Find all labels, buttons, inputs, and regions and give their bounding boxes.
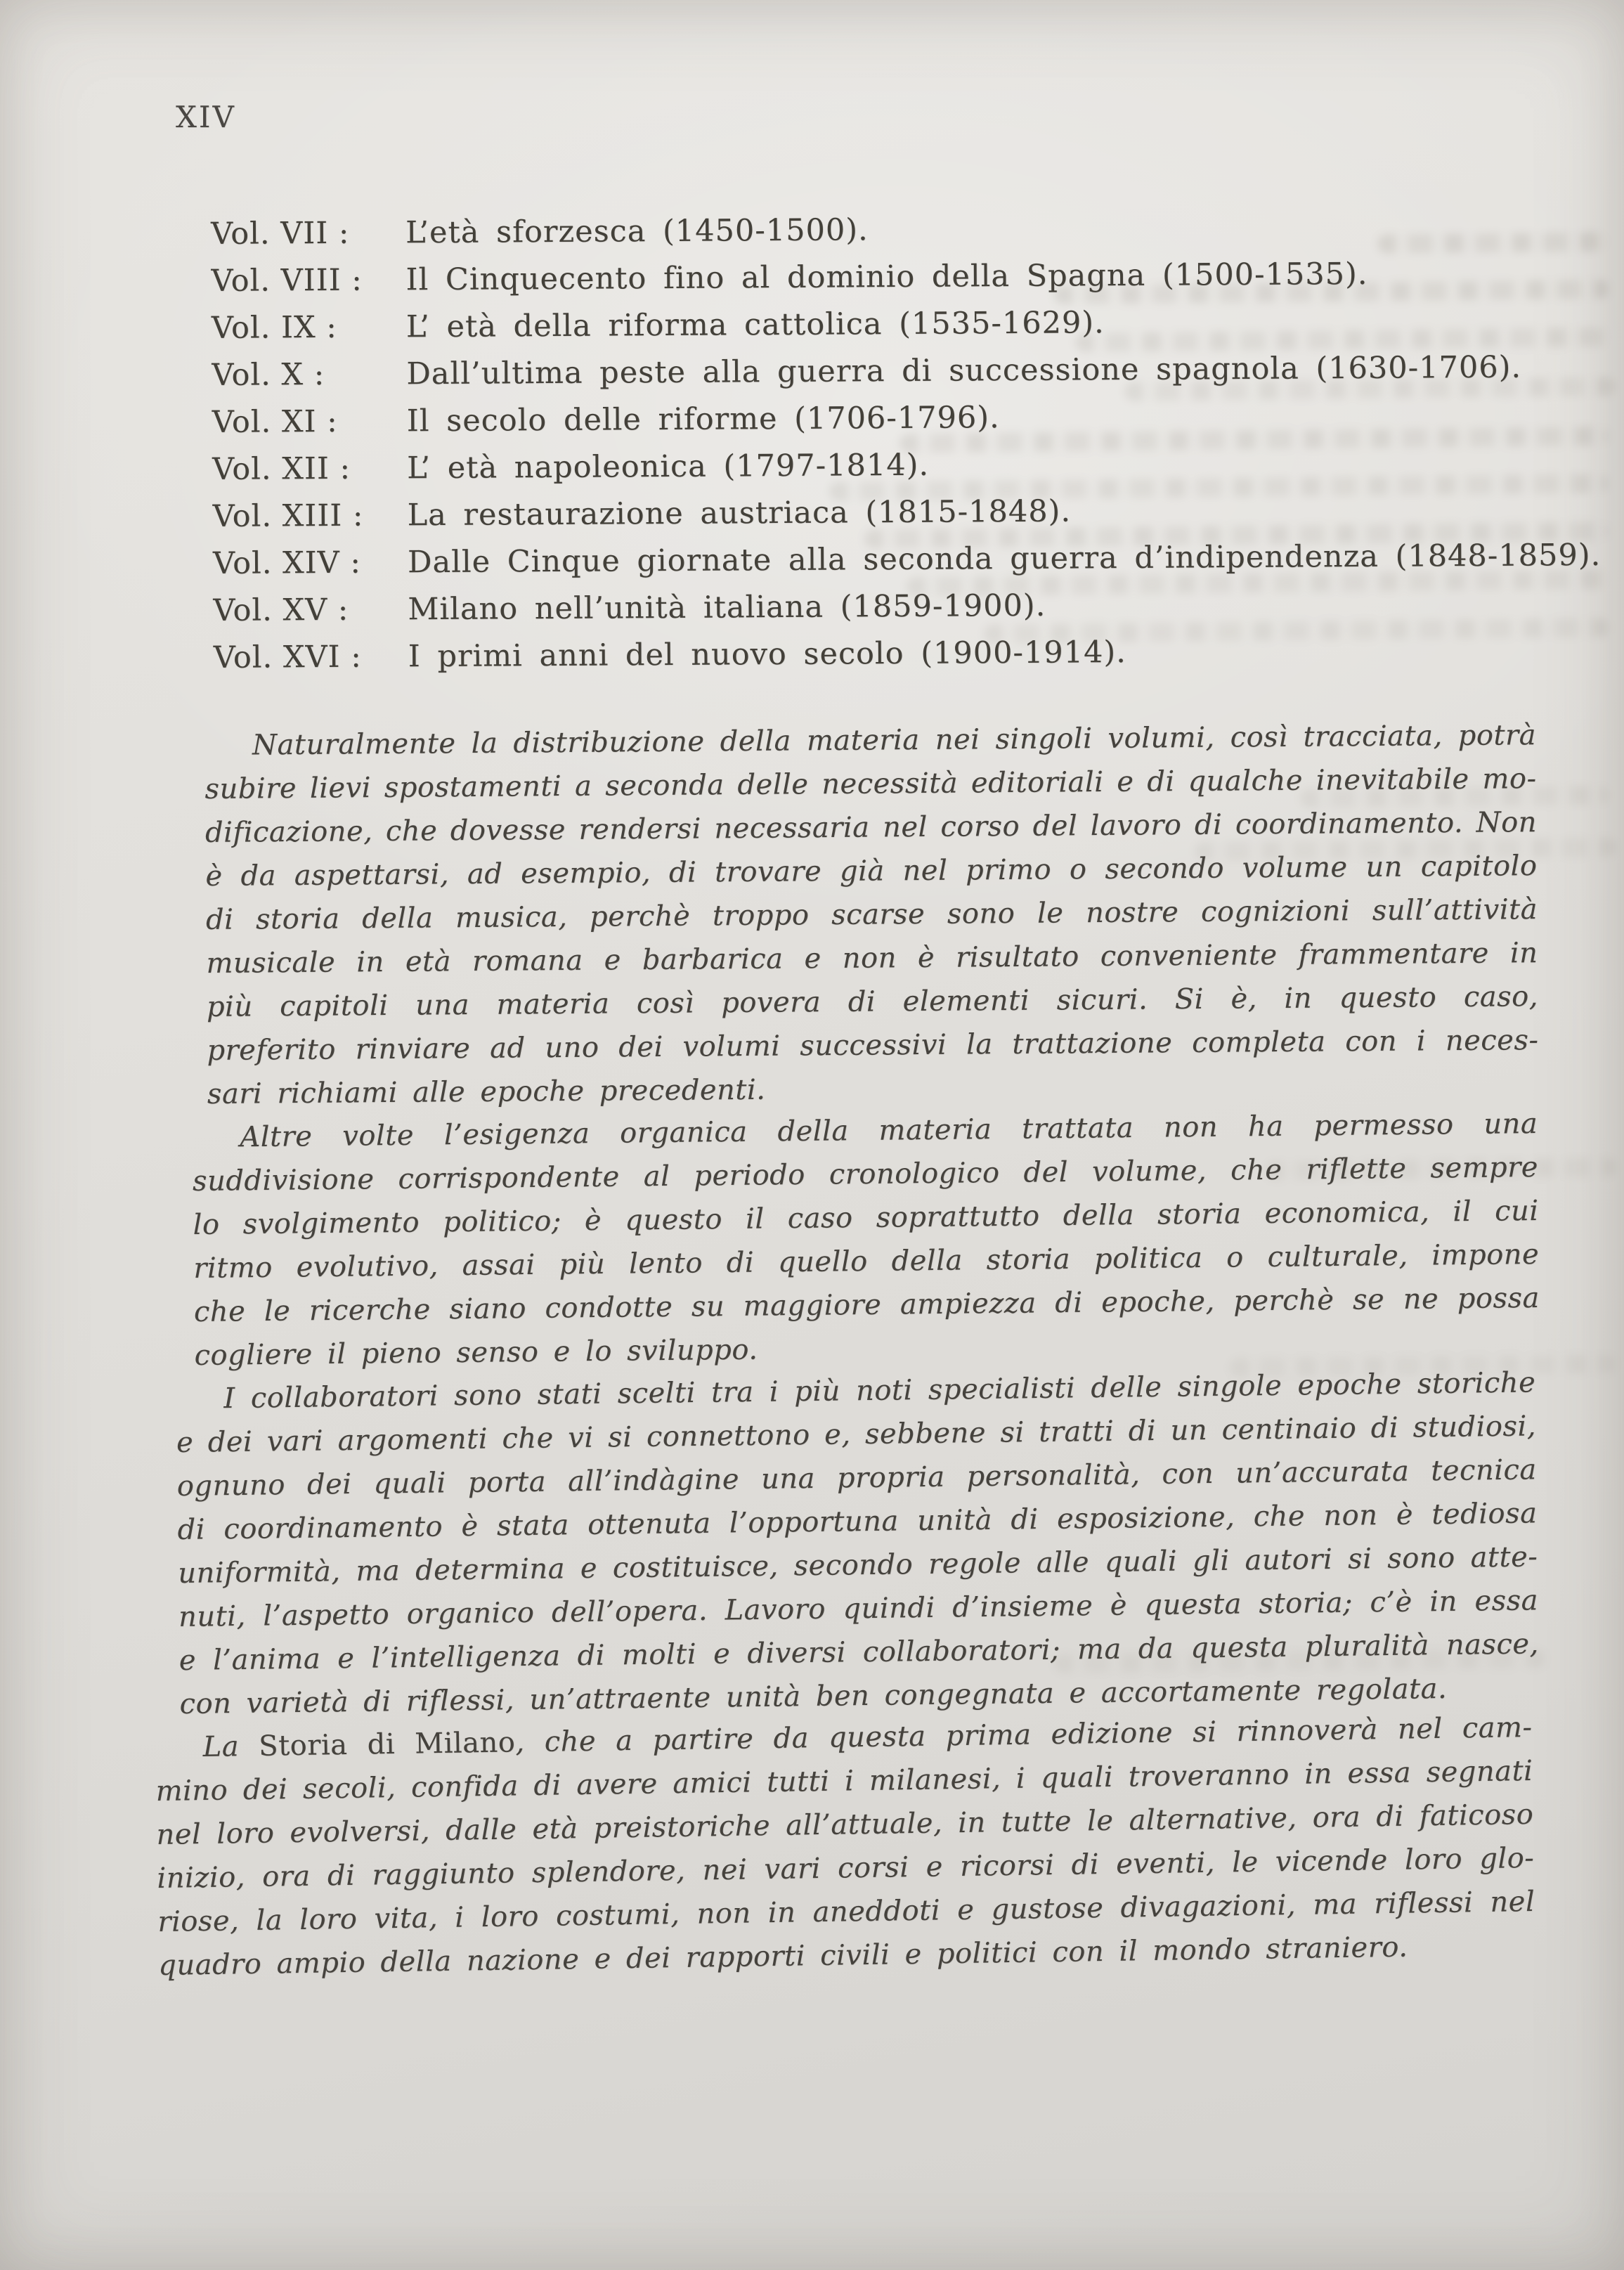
page-number: XIV: [176, 100, 236, 134]
volume-title: Dalle Cinque giornate alla seconda guerr…: [408, 538, 1602, 580]
volume-label: Vol. VII :: [211, 215, 405, 252]
volume-row: Vol. XVI :I primi anni del nuovo secolo …: [214, 632, 1549, 687]
volume-title: Milano nell’unità italiana (1859-1900).: [408, 588, 1046, 628]
volume-label: Vol. XII :: [212, 450, 407, 487]
volume-row: Vol. VII :L’età sforzesca (1450-1500).: [211, 208, 1546, 264]
volume-label: Vol. VIII :: [211, 262, 405, 299]
volume-row: Vol. XIII :La restaurazione austriaca (1…: [212, 491, 1547, 546]
volume-row: Vol. X :Dall’ultima peste alla guerra di…: [212, 349, 1547, 405]
volume-title: I primi anni del nuovo secolo (1900-1914…: [408, 635, 1126, 674]
paragraph: Naturalmente la distribuzione della mate…: [204, 713, 1539, 1116]
volume-row: Vol. XII :L’ età napoleonica (1797-1814)…: [212, 443, 1547, 499]
volume-title: L’ età napoleonica (1797-1814).: [407, 448, 929, 486]
book-page-photo: XIV Vol. VII :L’età sforzesca (1450-1500…: [0, 0, 1624, 2270]
volume-row: Vol. IX :L’ età della riforma cattolica …: [212, 302, 1547, 358]
volume-label: Vol. XIV :: [213, 545, 408, 581]
volume-title: Dall’ultima peste alla guerra di success…: [406, 350, 1521, 392]
volume-title: L’ età della riforma cattolica (1535-162…: [406, 305, 1105, 344]
volume-label: Vol. IX :: [212, 309, 406, 346]
italic-text: La: [202, 1730, 259, 1763]
paragraph: I collaboratori sono stati scelti tra i …: [176, 1361, 1540, 1726]
volume-label: Vol. X :: [212, 356, 406, 393]
volume-title: La restaurazione austriaca (1815-1848).: [407, 494, 1071, 533]
volume-row: Vol. XI :Il secolo delle riforme (1706-1…: [212, 396, 1547, 452]
volume-label: Vol. XV :: [213, 592, 408, 628]
volume-title: Il secolo delle riforme (1706-1796).: [407, 400, 1000, 439]
volume-label: Vol. XI :: [212, 403, 407, 440]
volume-row: Vol. VIII :Il Cinquecento fino al domini…: [211, 255, 1546, 311]
volume-label: Vol. XIII :: [212, 498, 407, 534]
paragraph: Altre volte l’esigenza organica della ma…: [192, 1102, 1540, 1377]
volume-row: Vol. XV :Milano nell’unità italiana (185…: [213, 585, 1548, 640]
paragraph: La Storia di Milano, che a partire da qu…: [155, 1706, 1535, 1987]
volume-row: Vol. XIV :Dalle Cinque giornate alla sec…: [213, 538, 1548, 593]
volume-list: Vol. VII :L’età sforzesca (1450-1500).Vo…: [211, 208, 1549, 687]
volume-title: L’età sforzesca (1450-1500).: [405, 212, 869, 250]
roman-emphasis-text: Storia di Milano: [259, 1726, 516, 1762]
volume-label: Vol. XVI :: [214, 639, 408, 675]
paragraphs: Naturalmente la distribuzione della mate…: [206, 724, 1583, 1987]
volume-title: Il Cinquecento fino al dominio della Spa…: [405, 257, 1368, 297]
